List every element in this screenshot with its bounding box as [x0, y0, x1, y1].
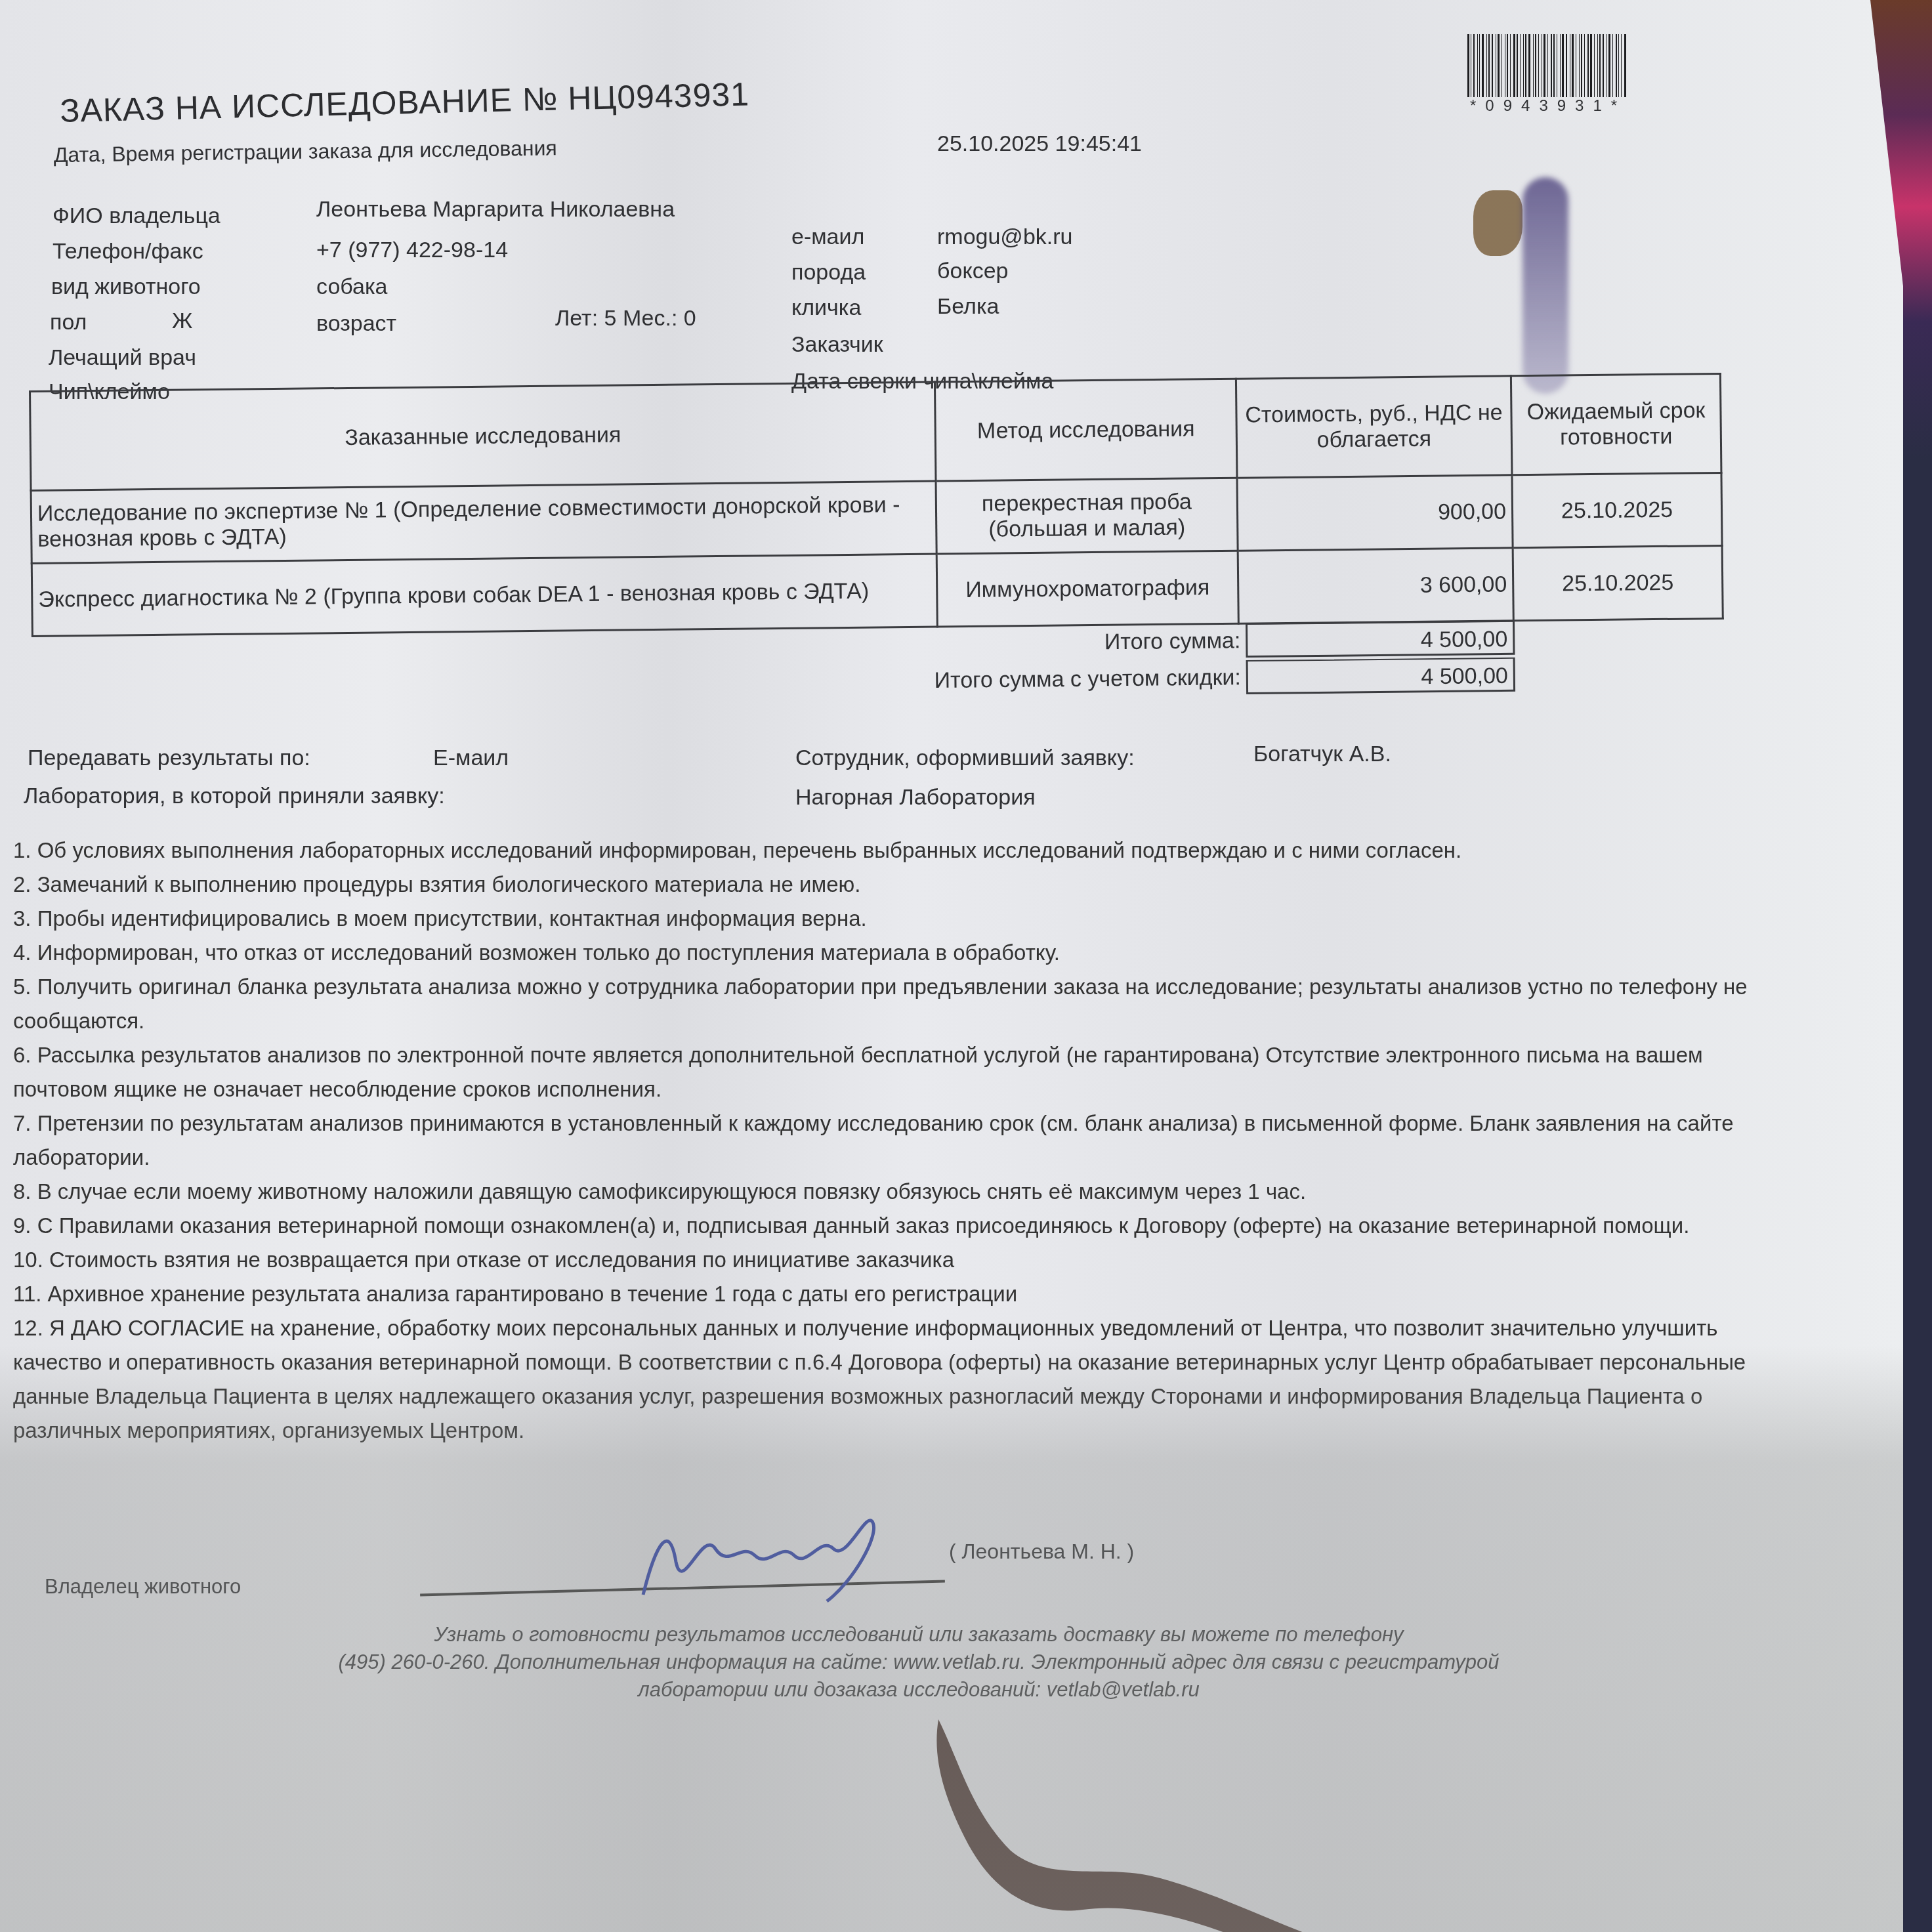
- terms-item: 1. Об условиях выполнения лабораторных и…: [13, 833, 1772, 868]
- sex-value: Ж: [172, 308, 192, 334]
- barcode-bar: [1492, 34, 1493, 97]
- terms-item: 9. С Правилами оказания ветеринарной пом…: [13, 1209, 1772, 1243]
- barcode-bar: [1486, 34, 1487, 97]
- barcode-bar: [1513, 34, 1515, 97]
- owner-signature-label: Владелец животного: [45, 1575, 241, 1599]
- order-cost: 900,00: [1237, 475, 1513, 551]
- barcode-bar: [1542, 34, 1542, 97]
- order-cost: 3 600,00: [1238, 548, 1513, 623]
- barcode-bar: [1603, 34, 1604, 97]
- totals: Итого сумма: 4 500,00 Итого сумма с учет…: [814, 619, 1515, 700]
- barcode-bar: [1618, 34, 1619, 97]
- order-due: 25.10.2025: [1512, 473, 1722, 548]
- barcode-bar: [1523, 34, 1524, 97]
- barcode-bar: [1543, 34, 1545, 97]
- barcode-bar: [1471, 34, 1471, 97]
- order-study: Исследование по экспертизе № 1 (Определе…: [31, 481, 936, 563]
- terms-list: 1. Об условиях выполнения лабораторных и…: [13, 833, 1772, 1448]
- barcode-bar: [1496, 34, 1496, 97]
- barcode-bar: [1624, 34, 1626, 97]
- owner-fio: Леонтьева Маргарита Николаевна: [316, 197, 675, 222]
- owner-signature-name: ( Леонтьева М. Н. ): [949, 1540, 1134, 1564]
- total-discount-label: Итого сумма с учетом скидки:: [814, 665, 1246, 695]
- breed-value: боксер: [937, 259, 1008, 284]
- barcode-bar: [1590, 34, 1592, 97]
- barcode-bar: [1566, 34, 1567, 97]
- barcode-text: *0943931*: [1470, 97, 1626, 115]
- breed-label: порода: [791, 260, 866, 285]
- barcode-bar: [1608, 34, 1610, 97]
- pet-name-label: кличка: [791, 295, 861, 321]
- order-form-paper: ЗАКАЗ НА ИССЛЕДОВАНИЕ № НЦ0943931 Дата, …: [0, 0, 1903, 1932]
- species-label: вид животного: [51, 274, 201, 300]
- order-method: Иммунохроматография: [936, 551, 1238, 627]
- terms-item: 10. Стоимость взятия не возвращается при…: [13, 1243, 1772, 1277]
- barcode-bar: [1612, 34, 1613, 97]
- species-value: собака: [316, 274, 387, 300]
- footer-line-1: Узнать о готовности результатов исследов…: [131, 1621, 1706, 1648]
- registration-datetime: 25.10.2025 19:45:41: [937, 131, 1142, 157]
- results-delivery-value: Е-маил: [433, 745, 509, 771]
- total-value: 4 500,00: [1246, 621, 1515, 658]
- staff-value: Богатчук А.В.: [1253, 742, 1391, 767]
- barcode-bar: [1538, 34, 1539, 97]
- owner-fio-label: ФИО владельца: [52, 203, 220, 229]
- total-discount-value: 4 500,00: [1246, 658, 1516, 694]
- barcode-bar: [1551, 34, 1552, 97]
- email-label: е-маил: [791, 224, 864, 250]
- handwritten-signature: [630, 1503, 906, 1608]
- header-due: Ожидаемый срок готовности: [1511, 374, 1721, 475]
- staff-label: Сотрудник, оформивший заявку:: [795, 745, 1135, 771]
- barcode-bar: [1587, 34, 1589, 97]
- barcode-bar: [1488, 34, 1490, 97]
- barcode-bar: [1505, 34, 1505, 97]
- terms-item: 12. Я ДАЮ СОГЛАСИЕ на хранение, обработк…: [13, 1311, 1772, 1448]
- barcode-bar: [1520, 34, 1521, 97]
- footer-line-3: лаборатории или дозаказа исследований: v…: [131, 1676, 1706, 1704]
- barcode-bar: [1560, 34, 1561, 97]
- customer-label: Заказчик: [791, 332, 883, 358]
- age-value: Лет: 5 Мес.: 0: [555, 306, 696, 331]
- barcode-bar: [1557, 34, 1557, 97]
- barcode-bar: [1599, 34, 1601, 97]
- sex-label: пол: [50, 310, 87, 335]
- barcode-bar: [1467, 34, 1469, 97]
- barcode-bar: [1581, 34, 1582, 97]
- stain: [919, 1719, 1509, 1932]
- page-title: ЗАКАЗ НА ИССЛЕДОВАНИЕ № НЦ0943931: [60, 75, 750, 130]
- barcode-bar: [1576, 34, 1576, 97]
- barcode-bar: [1570, 34, 1570, 97]
- email-value: rmogu@bk.ru: [937, 224, 1072, 250]
- header-method: Метод исследования: [934, 379, 1237, 481]
- barcode-bar: [1579, 34, 1580, 97]
- total-label: Итого сумма:: [814, 628, 1246, 658]
- barcode-bar: [1525, 34, 1526, 97]
- terms-item: 3. Пробы идентифицировались в моем прису…: [13, 902, 1772, 936]
- barcode: [1467, 34, 1639, 97]
- barcode-bar: [1606, 34, 1607, 97]
- order-method: перекрестная проба (большая и малая): [936, 478, 1238, 554]
- barcode-bar: [1533, 34, 1534, 97]
- footer-line-2: (495) 260-0-260. Дополнительная информац…: [131, 1648, 1706, 1676]
- age-label: возраст: [316, 311, 396, 337]
- barcode-bar: [1621, 34, 1622, 97]
- barcode-bar: [1562, 34, 1564, 97]
- barcode-bar: [1572, 34, 1574, 97]
- barcode-bar: [1473, 34, 1475, 97]
- barcode-bar: [1498, 34, 1500, 97]
- lab-value: Нагорная Лаборатория: [795, 785, 1036, 810]
- table-header-row: Заказанные исследования Метод исследован…: [30, 374, 1721, 491]
- barcode-bar: [1507, 34, 1508, 97]
- terms-item: 4. Информирован, что отказ от исследован…: [13, 936, 1772, 970]
- stain: [1473, 190, 1522, 256]
- barcode-bar: [1501, 34, 1502, 97]
- results-delivery-label: Передавать результаты по:: [28, 745, 310, 771]
- header-cost: Стоимость, руб., НДС не облагается: [1236, 376, 1512, 478]
- phone-label: Телефон/факс: [52, 239, 203, 264]
- barcode-bar: [1597, 34, 1598, 97]
- pet-name-value: Белка: [937, 294, 999, 320]
- phone-value: +7 (977) 422-98-14: [316, 238, 508, 263]
- barcode-bar: [1584, 34, 1585, 97]
- terms-item: 2. Замечаний к выполнению процедуры взят…: [13, 868, 1772, 902]
- registration-label: Дата, Время регистрации заказа для иссле…: [53, 136, 557, 167]
- orders-table: Заказанные исследования Метод исследован…: [29, 373, 1724, 637]
- terms-item: 7. Претензии по результатам анализов при…: [13, 1106, 1772, 1175]
- barcode-bar: [1547, 34, 1548, 97]
- terms-item: 6. Рассылка результатов анализов по элек…: [13, 1038, 1772, 1106]
- terms-item: 8. В случае если моему животному наложил…: [13, 1175, 1772, 1209]
- barcode-bar: [1479, 34, 1480, 97]
- terms-item: 11. Архивное хранение результата анализа…: [13, 1277, 1772, 1311]
- order-study: Экспресс диагностика № 2 (Группа крови с…: [31, 554, 937, 636]
- footer-info: Узнать о готовности результатов исследов…: [131, 1621, 1706, 1704]
- barcode-bar: [1616, 34, 1617, 97]
- barcode-bar: [1553, 34, 1555, 97]
- barcode-bar: [1594, 34, 1595, 97]
- ink-stain: [1522, 177, 1568, 394]
- doctor-label: Лечащий врач: [49, 345, 196, 371]
- barcode-bar: [1477, 34, 1478, 97]
- barcode-bar: [1482, 34, 1484, 97]
- barcode-bar: [1517, 34, 1518, 97]
- terms-item: 5. Получить оригинал бланка результата а…: [13, 970, 1772, 1038]
- barcode-bar: [1535, 34, 1536, 97]
- lab-label: Лаборатория, в которой приняли заявку:: [24, 784, 445, 809]
- order-due: 25.10.2025: [1513, 545, 1723, 620]
- barcode-bar: [1510, 34, 1511, 97]
- header-study: Заказанные исследования: [30, 382, 936, 490]
- barcode-bar: [1528, 34, 1530, 97]
